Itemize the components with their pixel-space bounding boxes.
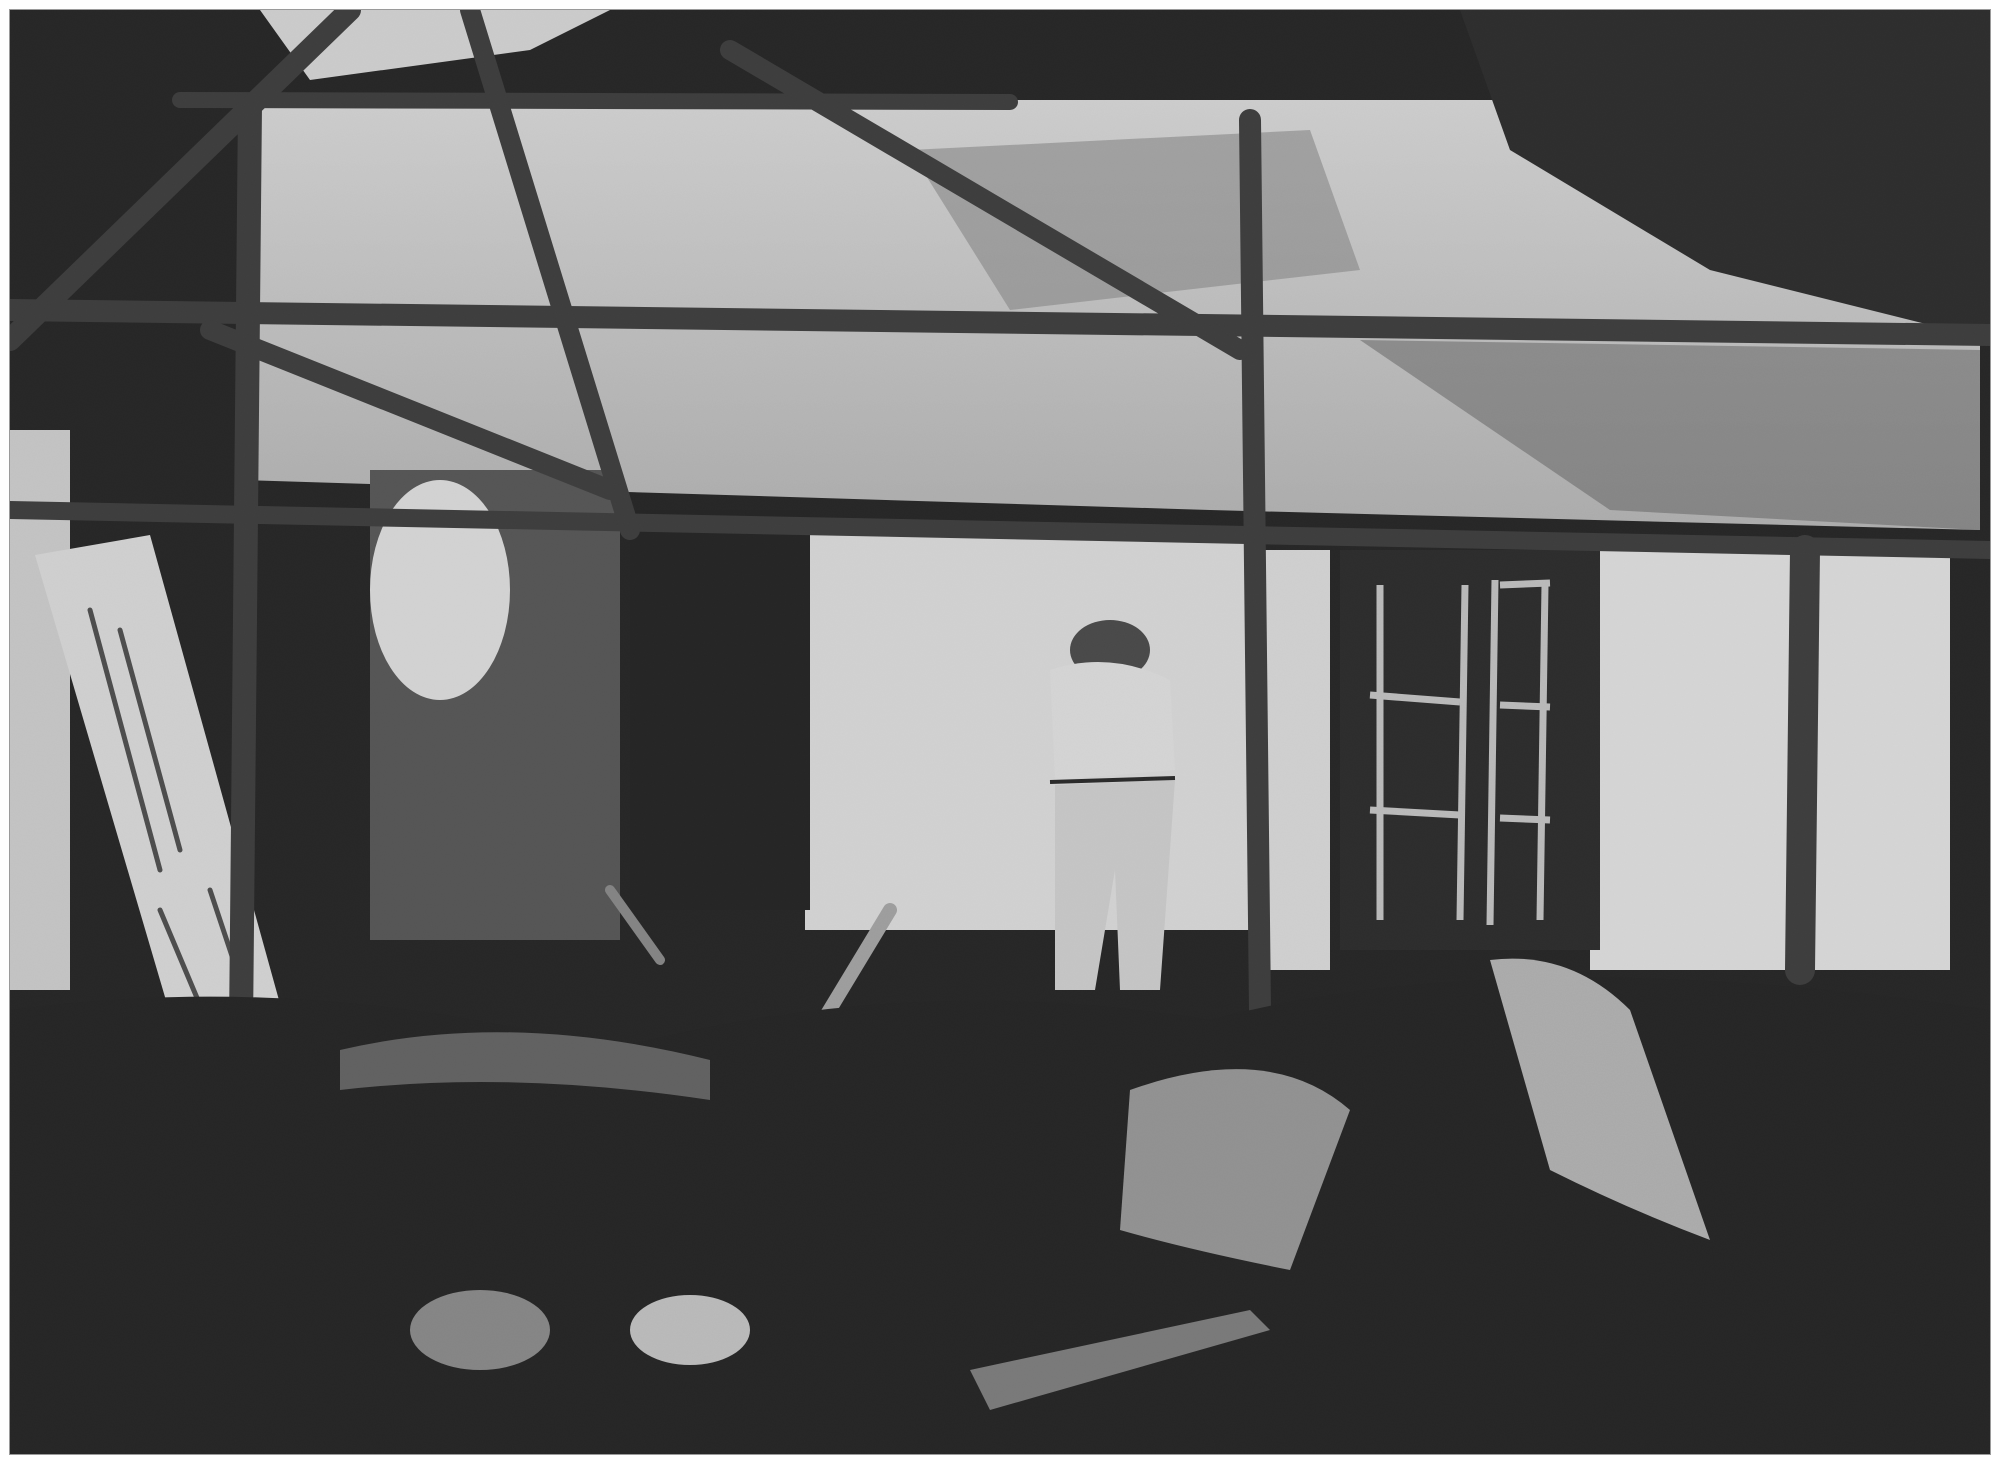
photo-scene [10,10,1990,1454]
photo-frame [9,9,1991,1455]
